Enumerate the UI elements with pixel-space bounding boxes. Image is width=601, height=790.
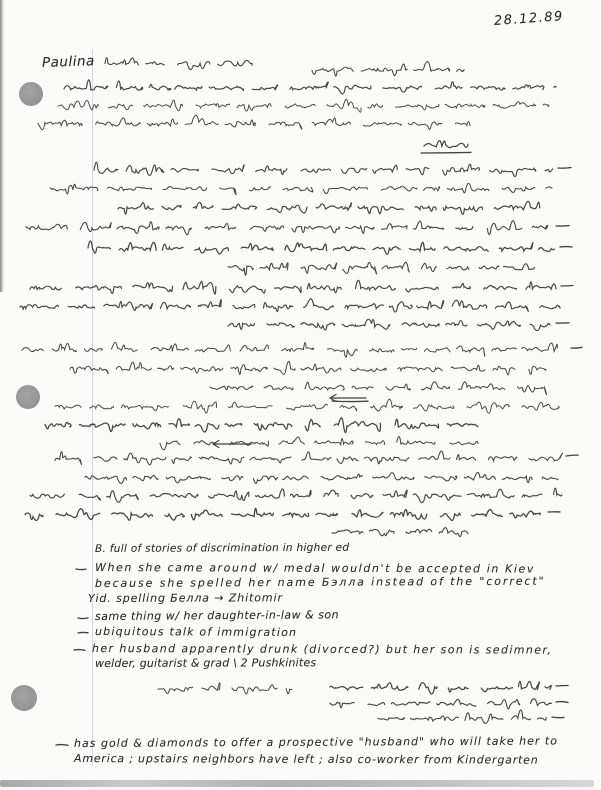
- handwriting-stroke: [94, 162, 553, 176]
- note-line-ubiquitous: ubiquitous talk of immigration: [95, 625, 297, 639]
- handwriting-stroke: [78, 618, 88, 619]
- handwriting-stroke: [30, 488, 562, 502]
- handwriting-stroke: [213, 441, 252, 448]
- handwriting-stroke: [85, 472, 558, 483]
- handwriting-stroke: [74, 650, 85, 651]
- handwriting-stroke: [566, 455, 578, 456]
- handwriting-stroke: [55, 451, 562, 465]
- note-line-same-thing: same thing w/ her daughter-in-law & son: [95, 608, 339, 623]
- note-line-gold: has gold & diamonds to offer a prospecti…: [74, 734, 558, 750]
- handwriting-stroke: [571, 347, 582, 348]
- handwriting-stroke: [64, 80, 556, 94]
- handwriting-stroke: [26, 221, 548, 235]
- handwriting-stroke: [50, 183, 552, 194]
- note-line-husband: her husband apparently drunk (divorced?)…: [92, 642, 552, 657]
- handwriting-stroke: [160, 437, 478, 450]
- handwriting-stroke: [76, 569, 86, 570]
- note-line-spelling: Yid. spelling Белла → Zhitomir: [88, 591, 283, 605]
- heading-name: Paulina: [42, 53, 95, 71]
- scan-left-edge-shadow: [0, 0, 4, 292]
- handwriting-stroke: [558, 168, 571, 169]
- notebook-margin-line: [92, 50, 93, 766]
- handwriting-stroke: [378, 710, 546, 724]
- hole-punch-middle: [16, 385, 40, 409]
- handwriting-stroke: [332, 528, 468, 537]
- handwriting-stroke: [312, 62, 464, 76]
- handwriting-stroke: [330, 681, 551, 694]
- handwriting-stroke: [25, 508, 540, 520]
- handwriting-stroke: [332, 401, 368, 402]
- scan-bottom-edge-shadow: [0, 780, 594, 787]
- handwriting-stroke: [424, 141, 468, 148]
- scanned-notes-page: 28.12.89 Paulina B. full of stories of d…: [0, 0, 601, 790]
- note-line-because: because she spelled her name Бэлла inste…: [95, 575, 546, 590]
- handwriting-stroke: [118, 201, 540, 214]
- handwriting-stroke: [421, 152, 471, 153]
- cursive-script-strokes-layer: [0, 0, 601, 790]
- handwriting-stroke: [228, 319, 550, 330]
- handwriting-stroke: [70, 361, 546, 375]
- handwriting-stroke: [20, 299, 560, 312]
- handwriting-stroke: [330, 395, 366, 402]
- handwriting-stroke: [22, 342, 557, 357]
- handwriting-stroke: [56, 745, 68, 746]
- date-annotation: 28.12.89: [493, 9, 564, 29]
- hole-punch-bottom: [11, 685, 37, 711]
- handwriting-stroke: [556, 686, 568, 687]
- note-line-b-full: B. full of stories of discrimination in …: [95, 542, 349, 555]
- handwriting-stroke: [561, 286, 573, 287]
- handwriting-stroke: [88, 241, 554, 254]
- handwriting-stroke: [105, 58, 252, 70]
- handwriting-stroke: [158, 683, 292, 694]
- handwriting-stroke: [228, 262, 535, 275]
- note-line-america: America ; upstairs neighbors have left ;…: [74, 752, 539, 767]
- handwriting-stroke: [45, 418, 478, 433]
- handwriting-stroke: [58, 99, 549, 112]
- handwriting-stroke: [330, 699, 551, 709]
- handwriting-stroke: [55, 399, 559, 413]
- handwriting-stroke: [556, 702, 568, 703]
- handwriting-stroke: [210, 382, 547, 395]
- handwriting-stroke: [552, 717, 564, 718]
- hole-punch-top: [19, 82, 43, 106]
- handwriting-stroke: [30, 280, 556, 294]
- handwriting-stroke: [38, 115, 470, 129]
- handwriting-stroke: [78, 632, 88, 633]
- note-line-welder: welder, guitarist & grad \ 2 Pushkinites: [95, 656, 316, 670]
- note-line-when-she: When she came around w/ medal wouldn't b…: [95, 561, 535, 576]
